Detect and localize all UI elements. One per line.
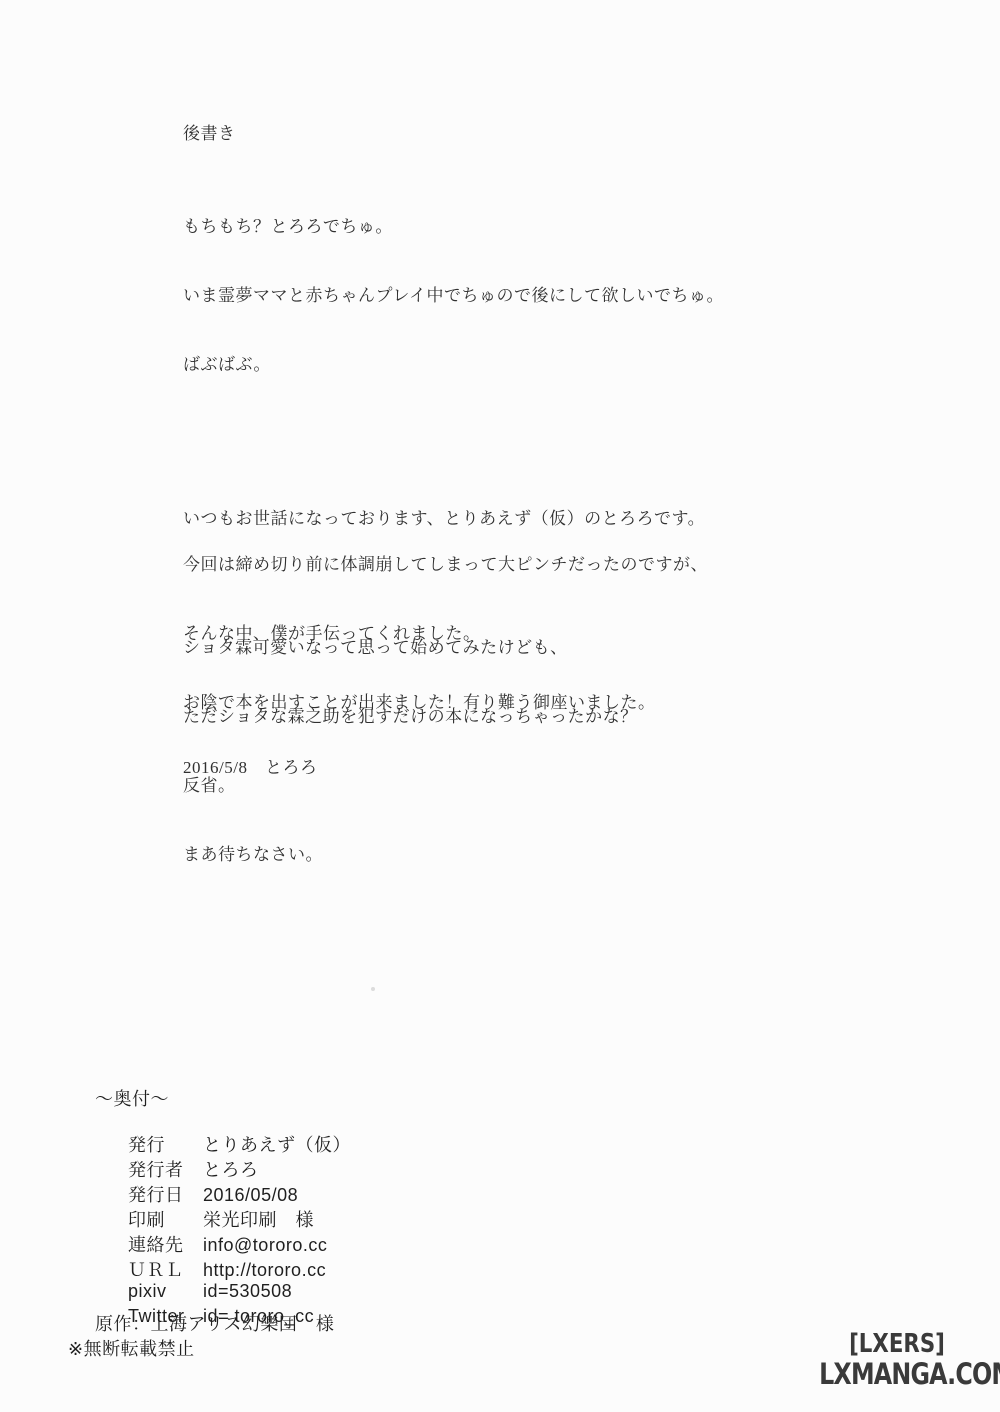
afterword-paragraph-4: ショタ霖可愛いなって思って始めてみたけども、 ただショタな霖之助を犯すだけの本に… [183, 590, 638, 912]
date-signature: 2016/5/8 とろろ [183, 756, 317, 779]
colophon-notice: ※無断転載禁止 [68, 1335, 351, 1360]
text-line: いま霊夢ママと赤ちゃんプレイ中でちゅので後にして欲しいでちゅ。 [183, 284, 724, 307]
colophon-original-work: 原作：上海アリス幻樂団 様 [95, 1310, 351, 1335]
text-line: ショタ霖可愛いなって思って始めてみたけども、 [183, 636, 638, 659]
colophon-value: 栄光印刷 様 [203, 1206, 314, 1232]
colophon-heading: ～奥付～ [95, 1085, 351, 1110]
colophon-label: 連絡先 [128, 1231, 203, 1257]
colophon: ～奥付～ 発行とりあえず（仮） 発行者とろろ 発行日2016/05/08 印刷栄… [68, 1085, 351, 1360]
afterword-paragraph-1: もちもち？とろろでちゅ。 いま霊夢ママと赤ちゃんプレイ中でちゅので後にして欲しい… [183, 169, 724, 422]
colophon-value: とりあえず（仮） [203, 1131, 351, 1157]
watermark-site-name: LXMANGA.COM [819, 1359, 975, 1391]
scan-speck [371, 987, 375, 991]
text-line: ただショタな霖之助を犯すだけの本になっちゃったかな？ [183, 705, 638, 728]
colophon-label: 発行者 [128, 1156, 203, 1182]
colophon-label: pixiv [128, 1281, 203, 1302]
colophon-label: 印刷 [128, 1206, 203, 1232]
colophon-value: とろろ [203, 1156, 259, 1182]
colophon-email: info@tororo.cc [203, 1235, 327, 1256]
text-line: 今回は締め切り前に体調崩してしまって大ピンチだったのですが、 [183, 553, 708, 576]
colophon-url: http://tororo.cc [203, 1260, 326, 1281]
colophon-pixiv-id: id=530508 [203, 1281, 292, 1302]
colophon-row-publisher: 発行とりあえず（仮） [95, 1110, 351, 1135]
watermark: [LXERS] LXMANGA.COM [819, 1330, 975, 1390]
text-line: ばぶばぶ。 [183, 353, 724, 376]
colophon-label: 発行 [128, 1131, 203, 1157]
scanned-afterword-page: 後書き もちもち？とろろでちゅ。 いま霊夢ママと赤ちゃんプレイ中でちゅので後にし… [0, 0, 1000, 1412]
colophon-label: ＵＲＬ [128, 1256, 203, 1282]
afterword-heading: 後書き [183, 122, 236, 145]
colophon-label: 発行日 [128, 1181, 203, 1207]
text-line: まあ待ちなさい。 [183, 843, 638, 866]
watermark-group-name: [LXERS] [819, 1330, 975, 1359]
text-line: もちもち？とろろでちゅ。 [183, 215, 724, 238]
colophon-value: 2016/05/08 [203, 1185, 298, 1206]
